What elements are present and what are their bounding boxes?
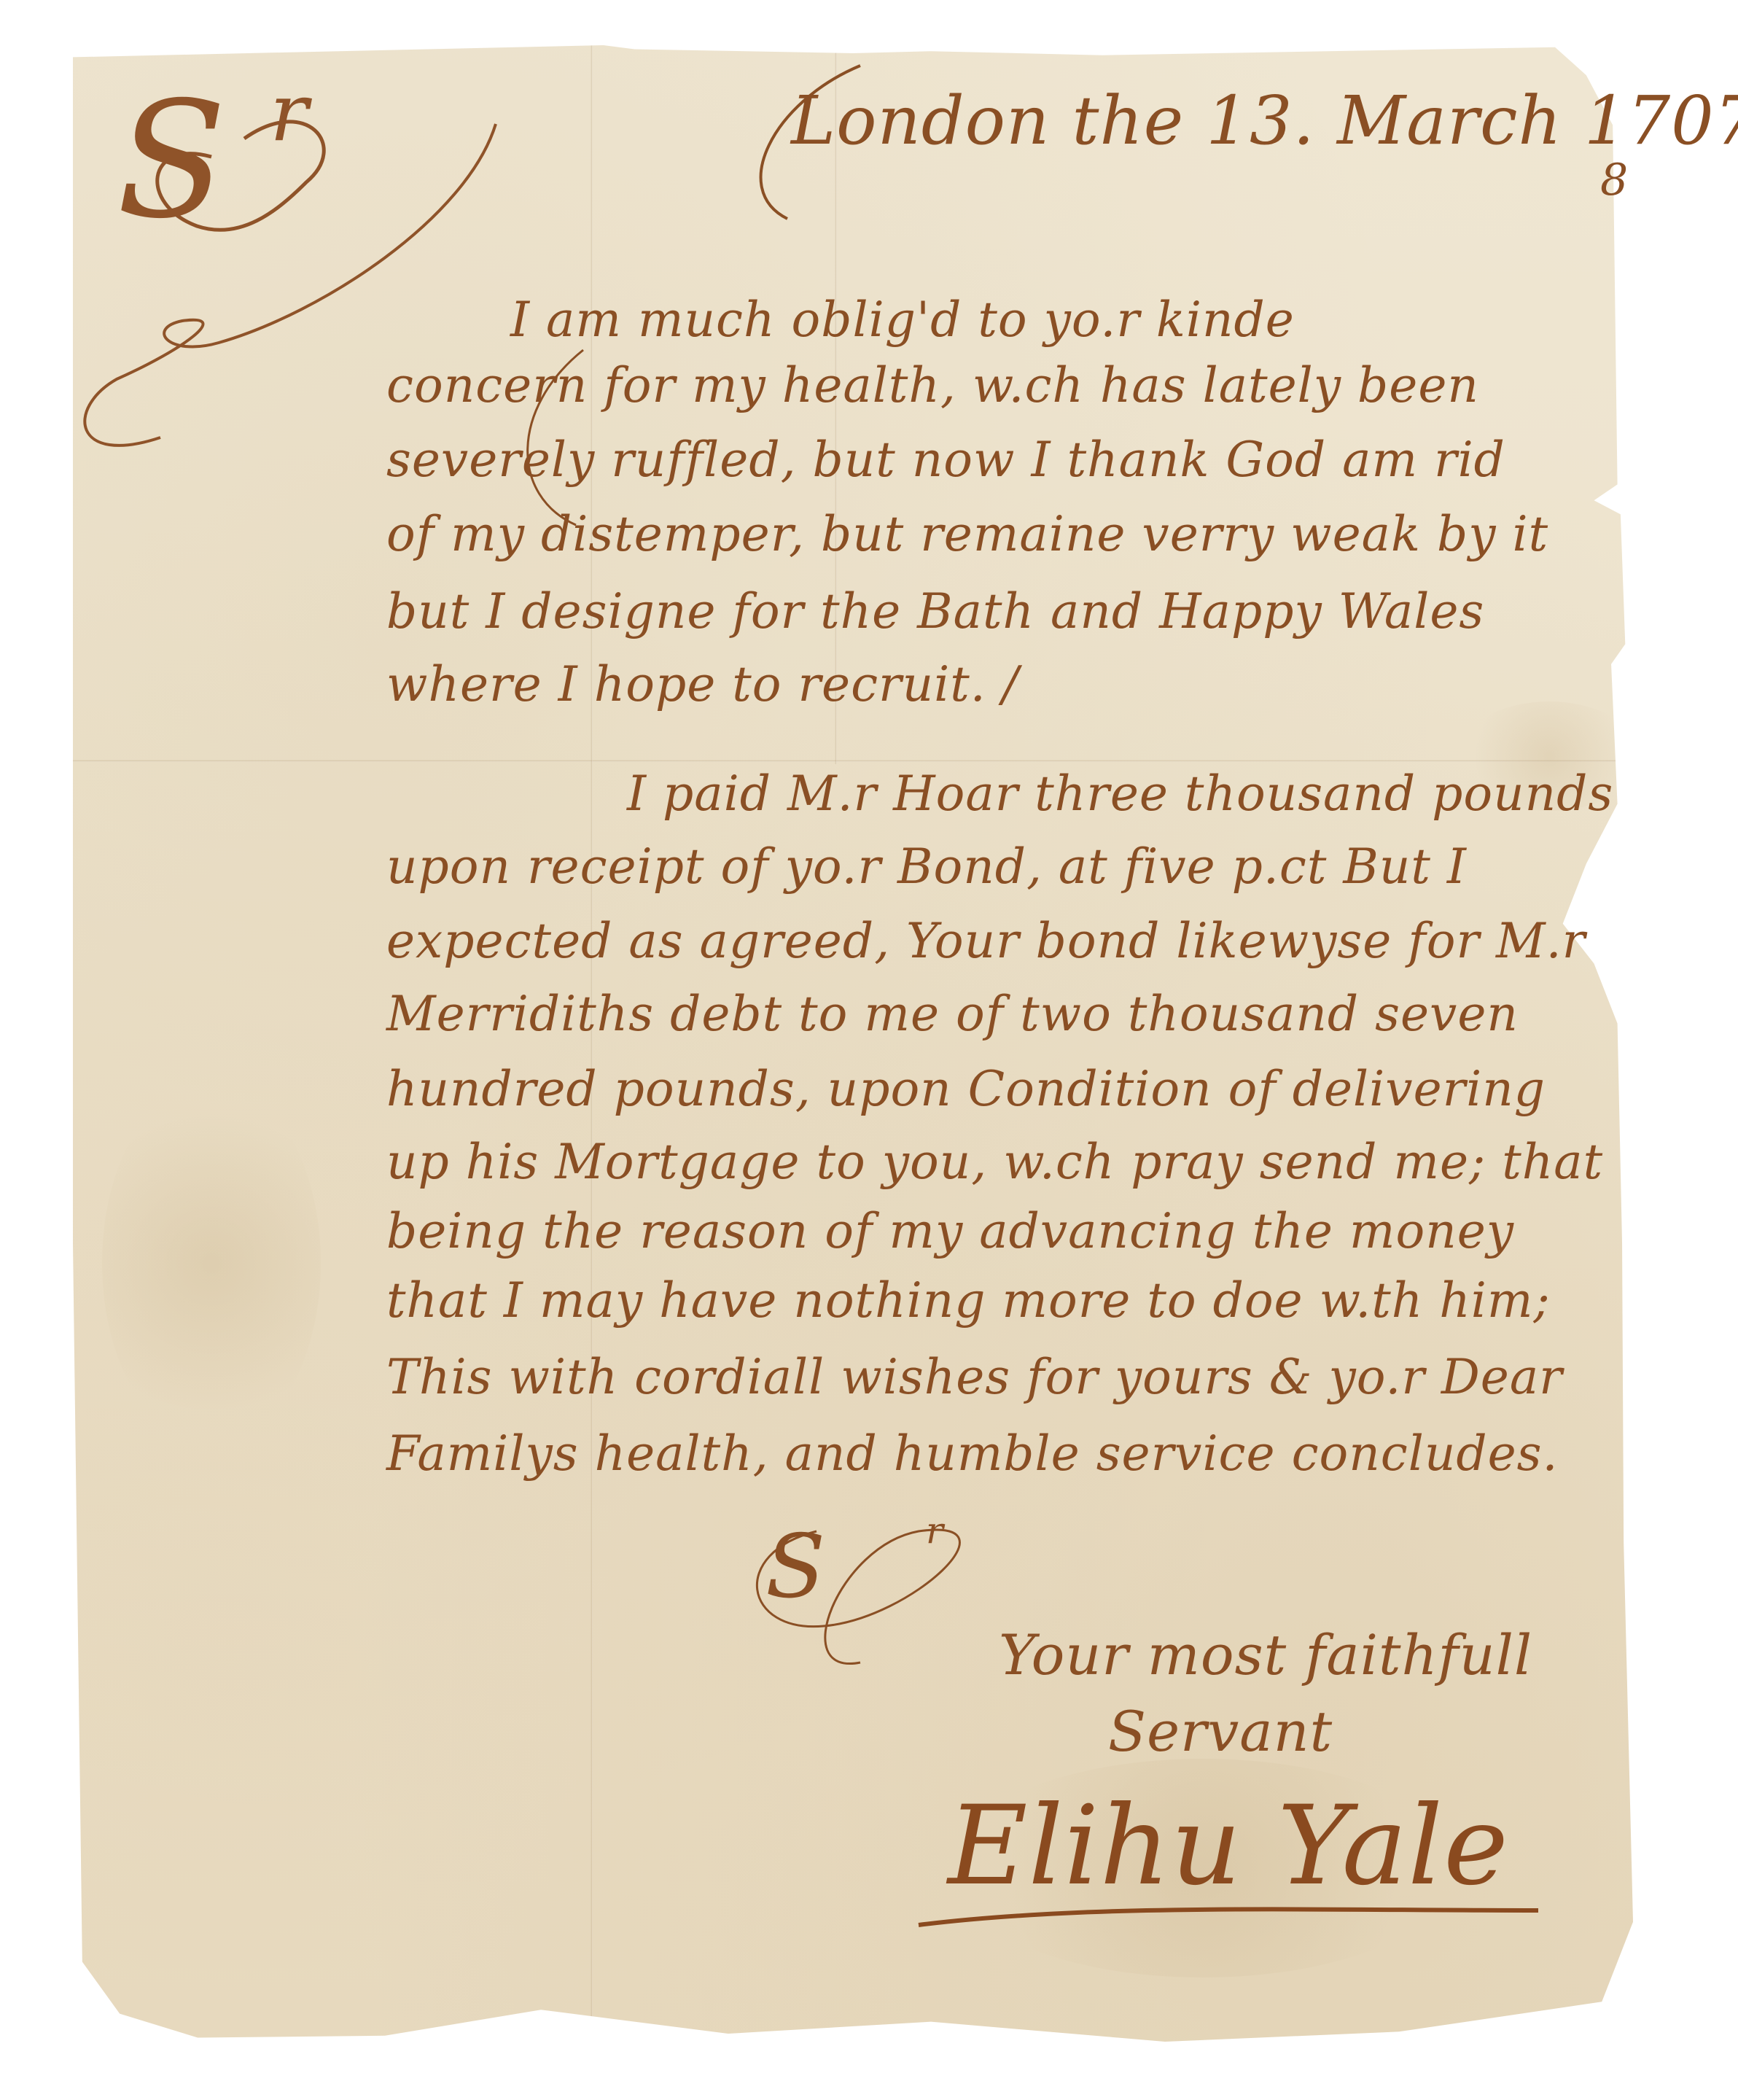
body-line: upon receipt of yo.r Bond, at five p.ct … — [386, 839, 1467, 895]
dateline-year-fraction: 8 — [1600, 155, 1629, 206]
body-line: Merridiths debt to me of two thousand se… — [386, 986, 1519, 1042]
body-line: Familys health, and humble service concl… — [386, 1426, 1559, 1482]
body-line: that I may have nothing more to doe w.th… — [386, 1272, 1551, 1329]
paper-stain — [102, 1081, 321, 1445]
body-line: I paid M.r Hoar three thousand pounds — [627, 766, 1613, 822]
body-line: of my distemper, but remaine verry weak … — [386, 506, 1548, 562]
body-line: up his Mortgage to you, w.ch pray send m… — [386, 1134, 1603, 1190]
closing-line: Servant — [1108, 1699, 1333, 1764]
salutation-initial: S — [117, 80, 227, 241]
horizontal-fold-crease — [73, 760, 1633, 762]
body-line: concern for my health, w.ch has lately b… — [386, 357, 1479, 413]
body-line: but I designe for the Bath and Happy Wal… — [386, 583, 1484, 639]
body-line: where I hope to recruit. / — [386, 656, 1019, 712]
body-line: being the reason of my advancing the mon… — [386, 1203, 1514, 1259]
signature: Elihu Yale — [948, 1783, 1509, 1910]
salutation-superscript: r — [270, 66, 309, 159]
closing-superscript: r — [926, 1509, 944, 1552]
body-line: This with cordiall wishes for yours & yo… — [386, 1349, 1563, 1405]
body-line: severely ruffled, but now I thank God am… — [386, 432, 1505, 488]
body-line: hundred pounds, upon Condition of delive… — [386, 1061, 1546, 1117]
body-line: expected as agreed, Your bond likewyse f… — [386, 913, 1586, 969]
body-line: I am much oblig'd to yo.r kinde — [510, 292, 1295, 348]
closing-line: Your most faithfull — [999, 1622, 1532, 1687]
closing-salutation: S — [765, 1517, 826, 1618]
dateline: London the 13. March 1707 — [791, 82, 1738, 160]
